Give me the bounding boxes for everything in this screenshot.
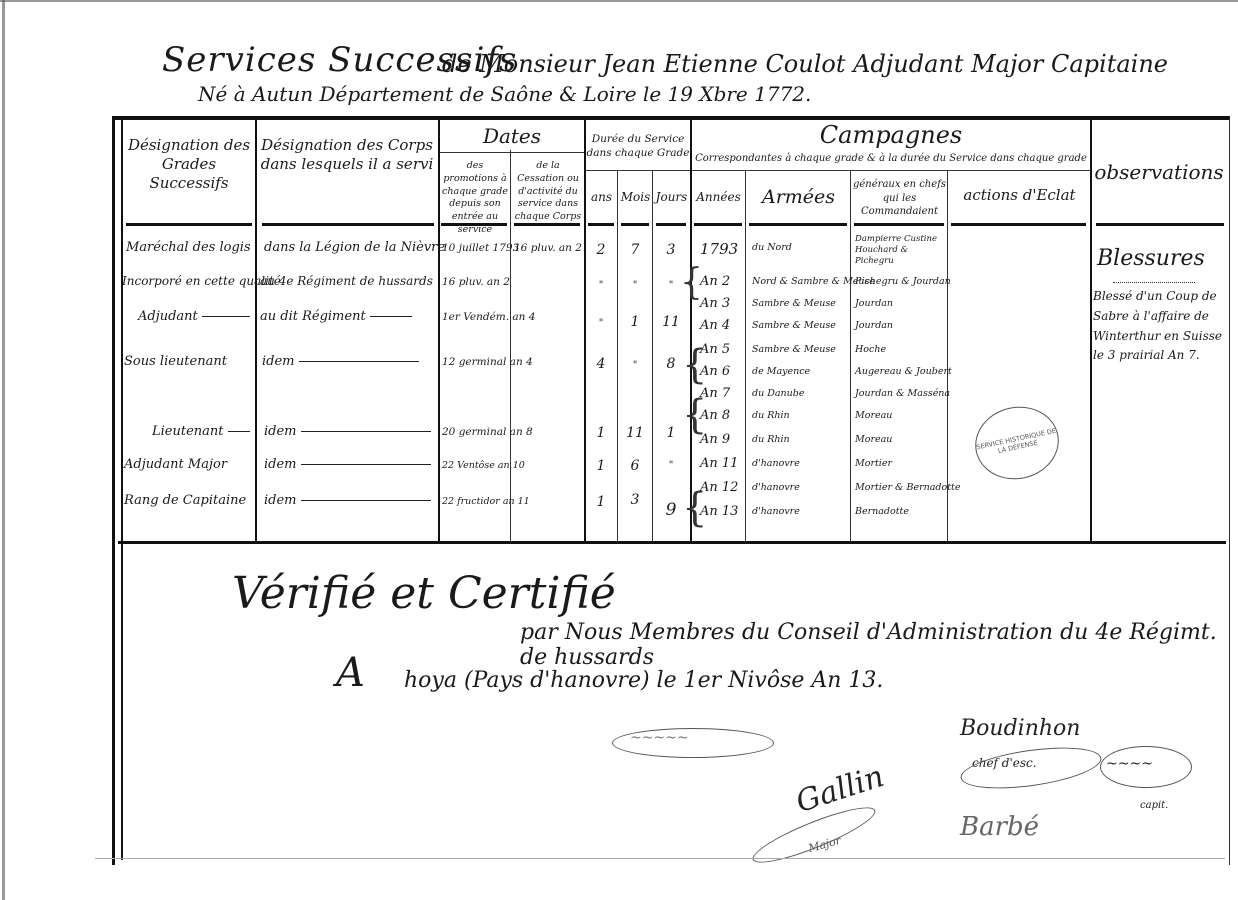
duree-mois: " bbox=[620, 360, 650, 371]
campagnes-subrule bbox=[692, 170, 1090, 171]
campaign-year: An 4 bbox=[700, 318, 730, 333]
page-top-edge bbox=[0, 0, 1238, 2]
duree-mois: 7 bbox=[620, 242, 650, 258]
campaign-year: An 9 bbox=[700, 432, 730, 447]
frame-inner-left bbox=[121, 120, 123, 860]
header-rule bbox=[262, 223, 434, 226]
promotion-date: 20 germinal an 8 bbox=[442, 426, 533, 438]
header-ans: ans bbox=[586, 190, 617, 205]
header-rule bbox=[1096, 223, 1224, 226]
col-divider bbox=[617, 170, 618, 542]
header-actions: actions d'Eclat bbox=[949, 186, 1090, 205]
campaign-generals: Pichegru & Jourdan bbox=[855, 276, 951, 287]
campaign-generals: Jourdan & Masséna bbox=[855, 388, 950, 399]
campaign-generals: Moreau bbox=[855, 410, 892, 421]
certification-line2: hoya (Pays d'hanovre) le 1er Nivôse An 1… bbox=[404, 668, 883, 693]
campaign-year: An 8 bbox=[700, 408, 730, 423]
certification-a: A bbox=[336, 650, 365, 696]
campaign-year: An 7 bbox=[700, 386, 730, 401]
cessation-date: 16 pluv. an 2 bbox=[514, 242, 582, 254]
col-divider bbox=[510, 150, 511, 542]
page-left-edge bbox=[2, 0, 5, 900]
campaign-generals: Mortier & Bernadotte bbox=[855, 482, 961, 493]
grade-cell: Adjudant Major bbox=[124, 457, 227, 472]
header-rule bbox=[656, 223, 686, 226]
duree-mois: 6 bbox=[620, 458, 650, 474]
campaign-generals: Moreau bbox=[855, 434, 892, 445]
campaign-generals: Augereau & Joubert bbox=[855, 366, 952, 377]
campaign-army: d'hanovre bbox=[752, 506, 800, 517]
stamp-text: SERVICE HISTORIQUE DE LA DÉFENSE bbox=[975, 426, 1059, 460]
observation-line: le 3 prairial An 7. bbox=[1093, 346, 1222, 366]
duree-jours: 3 bbox=[656, 242, 686, 258]
grade-cell: Adjudant bbox=[138, 309, 250, 324]
observation-line: Winterthur en Suisse bbox=[1093, 327, 1222, 347]
signature-barbe: Barbé bbox=[960, 812, 1039, 842]
campaign-year: An 13 bbox=[700, 504, 738, 519]
duree-mois: 3 bbox=[620, 492, 650, 508]
signature-faded: ~~~~~ bbox=[630, 730, 689, 746]
header-campagnes: Campagnes bbox=[692, 120, 1090, 150]
duree-jours: " bbox=[656, 460, 686, 471]
certification-line1: par Nous Membres du Conseil d'Administra… bbox=[520, 620, 1238, 670]
duree-ans: 1 bbox=[586, 494, 616, 510]
header-dates-promotions: des promotions à chaque grade depuis son… bbox=[440, 160, 510, 237]
header-rule bbox=[951, 223, 1086, 226]
header-grades: Désignation des Grades Successifs bbox=[125, 136, 253, 192]
campaign-generals: Bernadotte bbox=[855, 506, 909, 517]
promotion-date: 12 germinal an 4 bbox=[442, 356, 533, 368]
col-divider bbox=[255, 120, 257, 542]
campaign-generals: Jourdan bbox=[855, 320, 893, 331]
corps-cell: idem bbox=[262, 354, 419, 369]
header-rule bbox=[621, 223, 649, 226]
observation-line: Sabre à l'affaire de bbox=[1093, 307, 1222, 327]
duree-ans: 4 bbox=[586, 356, 616, 372]
campaign-generals: Dampierre Custine Houchard & Pichegru bbox=[855, 234, 945, 267]
header-rule bbox=[588, 223, 614, 226]
campaign-year: An 6 bbox=[700, 364, 730, 379]
grade-cell: Rang de Capitaine bbox=[124, 493, 246, 508]
duree-jours: 11 bbox=[656, 314, 686, 330]
campaign-army: d'hanovre bbox=[752, 458, 800, 469]
observations-underline bbox=[1113, 276, 1195, 283]
campaign-generals: Mortier bbox=[855, 458, 892, 469]
header-mois: Mois bbox=[619, 190, 652, 205]
grade-cell: Sous lieutenant bbox=[124, 354, 227, 369]
campaign-generals: Jourdan bbox=[855, 298, 893, 309]
corps-cell: idem bbox=[264, 493, 431, 508]
col-divider bbox=[652, 170, 653, 542]
header-campagnes-sub: Correspondantes à chaque grade & à la du… bbox=[692, 152, 1090, 166]
duree-ans: 1 bbox=[586, 425, 616, 441]
grade-cell: Lieutenant bbox=[152, 424, 250, 439]
header-jours: Jours bbox=[653, 190, 690, 205]
col-divider bbox=[745, 170, 746, 542]
corps-cell: idem bbox=[264, 457, 431, 472]
campaign-generals: Hoche bbox=[855, 344, 886, 355]
campaign-army: du Nord bbox=[752, 242, 792, 253]
header-dates: Dates bbox=[440, 124, 584, 149]
corps-cell: idem bbox=[264, 424, 431, 439]
signature-title: capit. bbox=[1140, 800, 1168, 811]
grade-cell: Incorporé en cette qualité bbox=[122, 274, 281, 288]
duree-mois: 11 bbox=[620, 425, 650, 441]
header-dates-activite: de la Cessation ou d'activité du service… bbox=[512, 160, 584, 224]
header-armees: Armées bbox=[747, 186, 850, 210]
campaign-year: 1793 bbox=[700, 240, 738, 258]
col-divider bbox=[584, 120, 586, 542]
observation-line: Blessé d'un Coup de bbox=[1093, 287, 1222, 307]
campaign-army: du Rhin bbox=[752, 434, 790, 445]
header-rule bbox=[854, 223, 944, 226]
corps-cell: au 4e Régiment de hussards bbox=[260, 274, 433, 288]
grade-cell: Maréchal des logis bbox=[126, 240, 251, 255]
campaign-year: An 3 bbox=[700, 296, 730, 311]
promotion-date: 22 Ventôse an 10 bbox=[442, 460, 525, 471]
header-duree: Durée du Service dans chaque Grade bbox=[586, 132, 690, 160]
observations-title: Blessures bbox=[1097, 246, 1205, 271]
campaign-year: An 2 bbox=[700, 274, 730, 289]
duree-subrule bbox=[586, 170, 690, 171]
duree-mois: " bbox=[620, 280, 650, 291]
header-rule bbox=[126, 223, 252, 226]
campaign-year: An 5 bbox=[700, 342, 730, 357]
campaign-army: Sambre & Meuse bbox=[752, 298, 836, 309]
certification-heading: Vérifié et Certifié bbox=[232, 568, 616, 619]
observations-text: Blessé d'un Coup de Sabre à l'affaire de… bbox=[1093, 287, 1222, 366]
header-rule bbox=[749, 223, 847, 226]
promotion-date: 22 fructidor an 11 bbox=[442, 496, 530, 507]
campaign-army: Sambre & Meuse bbox=[752, 320, 836, 331]
corps-cell: dans la Légion de la Nièvre bbox=[264, 240, 445, 255]
header-rule bbox=[694, 223, 742, 226]
campaign-year: An 12 bbox=[700, 480, 738, 495]
header-generaux: généraux en chefs qui les Commandaient bbox=[852, 178, 947, 219]
promotion-date: 1er Vendém. an 4 bbox=[442, 311, 535, 323]
campaign-army: du Danube bbox=[752, 388, 804, 399]
duree-mois: 1 bbox=[620, 314, 650, 330]
col-divider bbox=[690, 120, 692, 542]
header-corps: Désignation des Corps dans lesquels il a… bbox=[258, 136, 436, 174]
header-annees: Années bbox=[692, 190, 745, 205]
duree-ans: 1 bbox=[586, 458, 616, 474]
campaign-army: du Rhin bbox=[752, 410, 790, 421]
dates-subrule bbox=[440, 152, 584, 153]
page-bottom-rule bbox=[95, 858, 1225, 859]
campaign-army: d'hanovre bbox=[752, 482, 800, 493]
corps-cell: au dit Régiment bbox=[260, 309, 412, 324]
campaign-army: de Mayence bbox=[752, 366, 810, 377]
table-bottom-rule bbox=[118, 541, 1226, 544]
header-observations: observations bbox=[1092, 160, 1226, 185]
duree-ans: 2 bbox=[586, 242, 616, 258]
duree-ans: " bbox=[586, 280, 616, 291]
signature-flourish-text: ~~~~ bbox=[1106, 756, 1153, 772]
signature-boudinhon: Boudinhon bbox=[960, 716, 1080, 741]
promotion-date: 16 pluv. an 2 bbox=[442, 276, 510, 288]
duree-ans: " bbox=[586, 318, 616, 329]
promotion-date: 10 juillet 1793 bbox=[442, 242, 519, 254]
campaign-army: Sambre & Meuse bbox=[752, 344, 836, 355]
document-subject: de Monsieur Jean Etienne Coulot Adjudant… bbox=[442, 50, 1168, 78]
campaign-year: An 11 bbox=[700, 456, 738, 471]
birth-line: Né à Autun Département de Saône & Loire … bbox=[198, 82, 811, 106]
col-divider bbox=[850, 170, 851, 542]
